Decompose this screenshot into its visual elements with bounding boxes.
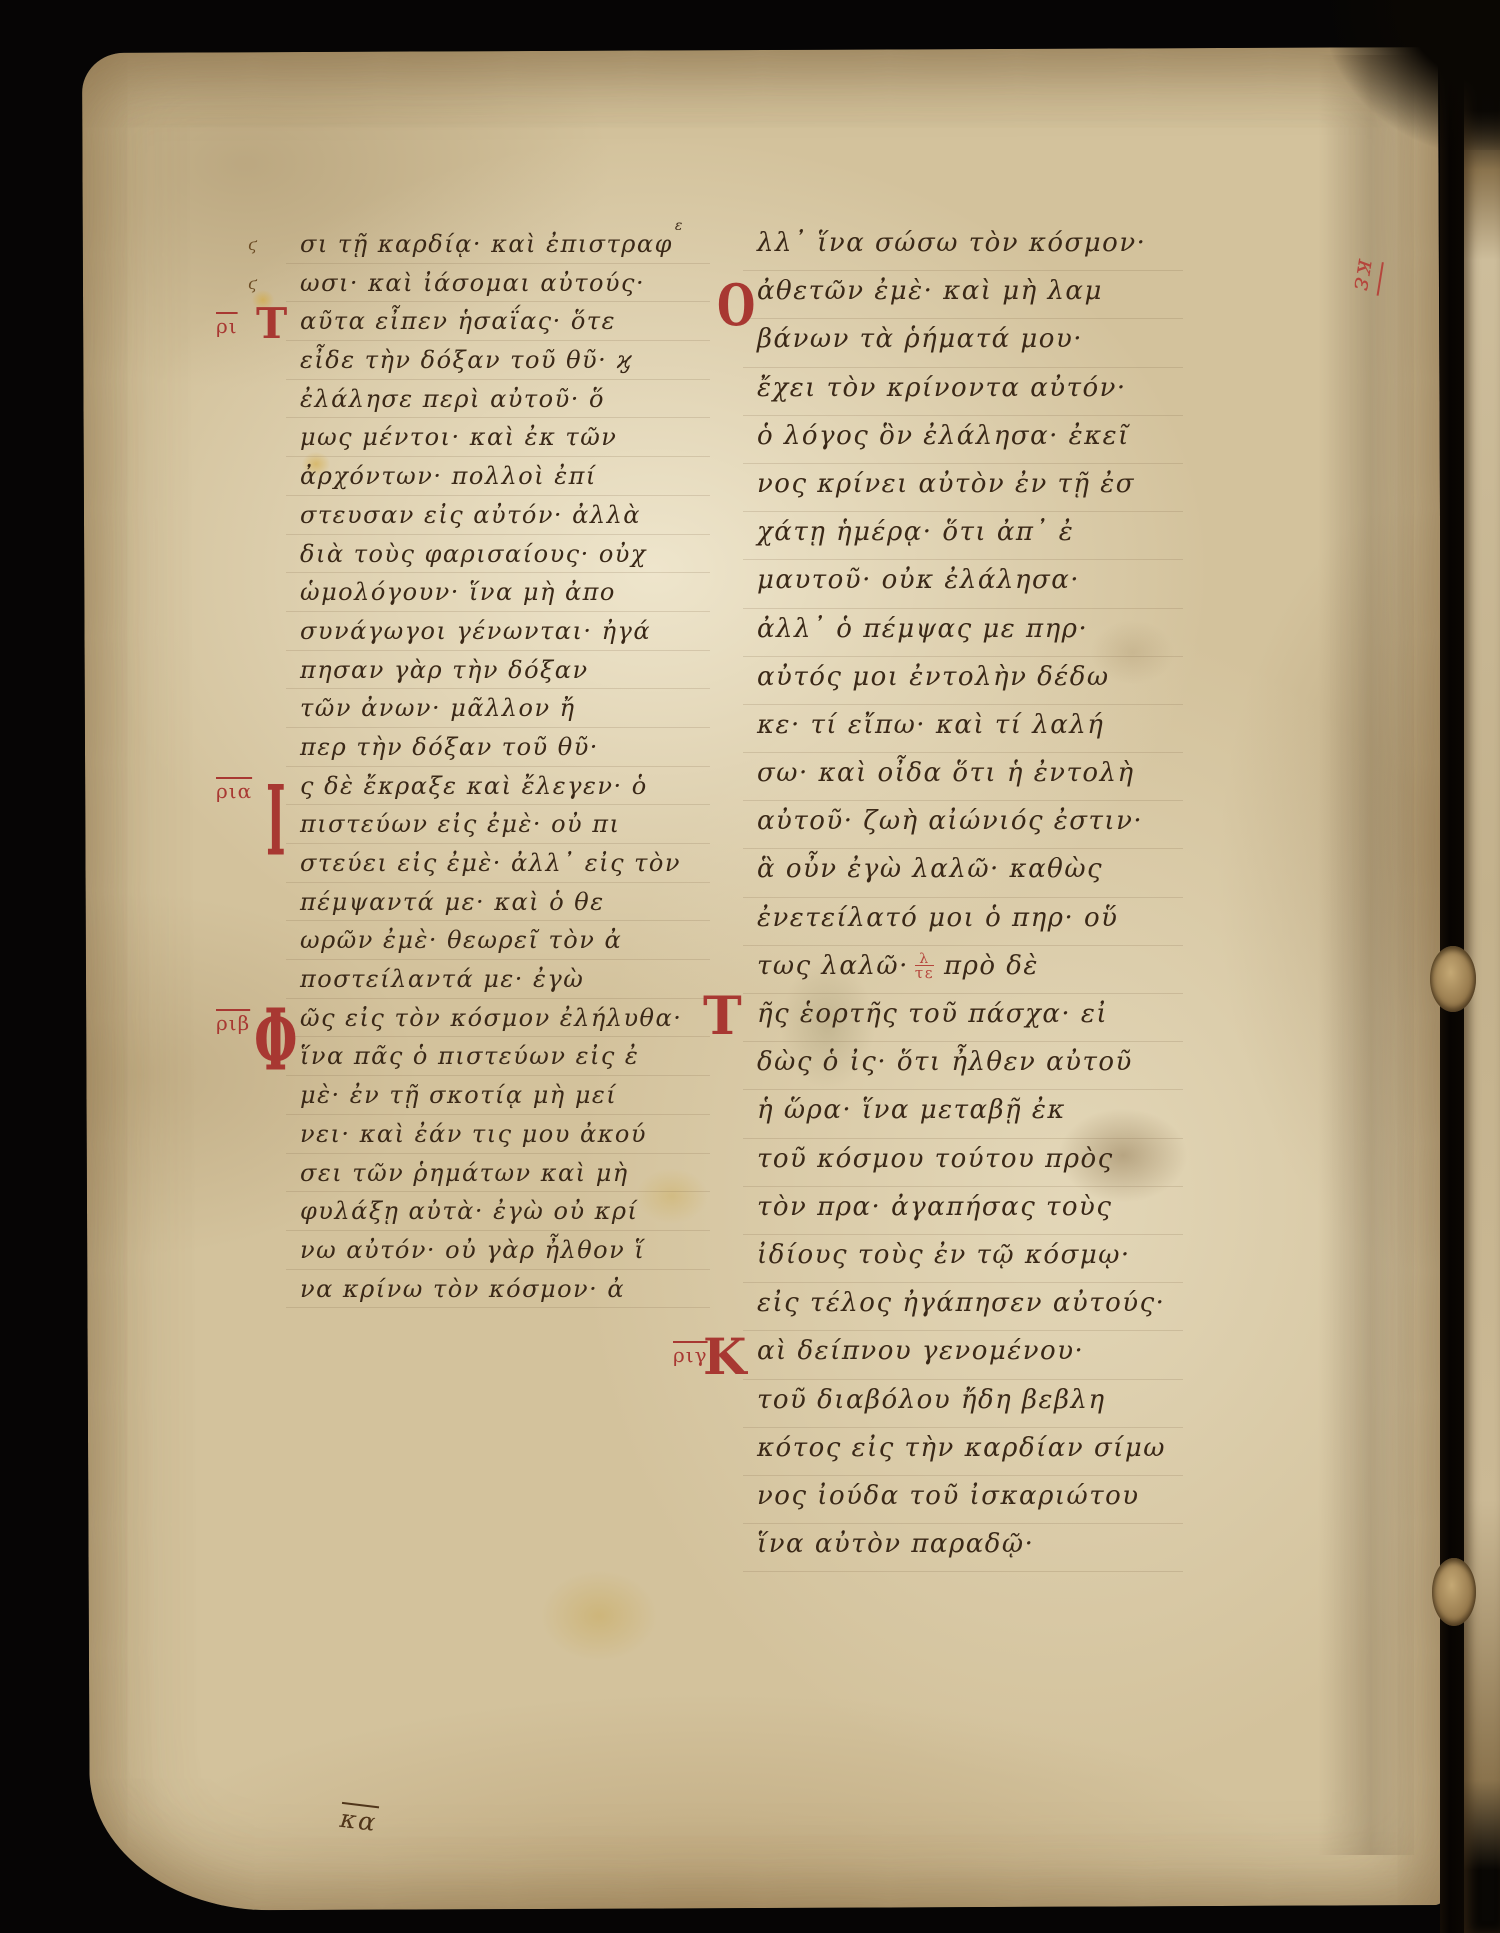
text-line: ἐλάλησε περὶ αὐτοῦ· ὅ bbox=[300, 385, 680, 424]
line-text: συνάγωγοι γένωνται· ἠγά bbox=[300, 617, 651, 645]
line-text: τοῦ κόσμου τούτου πρὸς bbox=[757, 1144, 1114, 1174]
text-line: ριβΦῶς εἰς τὸν κόσμον ἐλήλυθα· bbox=[300, 1004, 680, 1043]
line-text: ἀρχόντων· πολλοὶ ἐπί bbox=[300, 462, 597, 490]
quire-signature: κα bbox=[338, 1804, 379, 1837]
rubricated-initial: Τ bbox=[256, 303, 289, 345]
text-line: ριγΚαὶ δείπνου γενομένου· bbox=[757, 1336, 1153, 1384]
line-text: νει· καὶ ἐάν τις μου ἀκού bbox=[300, 1120, 647, 1148]
text-line: νω αὐτόν· οὐ γὰρ ἦλθον ἵ bbox=[300, 1236, 680, 1275]
line-text: πέμψαντά με· καὶ ὁ θε bbox=[300, 888, 605, 916]
text-line: εἶδε τὴν δόξαν τοῦ θῦ· ϗ bbox=[300, 346, 680, 385]
line-text: αὐτός μοι ἐντολὴν δέδω bbox=[757, 662, 1110, 692]
line-text: ἃ οὖν ἐγὼ λαλῶ· καθὼς bbox=[757, 854, 1103, 884]
line-text: ὡμολόγουν· ἵνα μὴ ἀπο bbox=[300, 578, 616, 606]
line-text: τῶν ἀνων· μᾶλλον ἤ bbox=[300, 694, 576, 722]
margin-sign: ϛ bbox=[248, 274, 258, 293]
line-text: ς δὲ ἔκραξε καὶ ἔλεγεν· ὁ bbox=[300, 772, 648, 800]
text-line: ὡμολόγουν· ἵνα μὴ ἀπο bbox=[300, 578, 680, 617]
text-line: ἃ οὖν ἐγὼ λαλῶ· καθὼς bbox=[757, 854, 1153, 902]
line-text: ἰδίους τοὺς ἐν τῷ κόσμῳ· bbox=[757, 1240, 1131, 1270]
line-text: ῶς εἰς τὸν κόσμον ἐλήλυθα· bbox=[300, 1004, 682, 1032]
text-line: ριΤαῦτα εἶπεν ἡσαΐας· ὅτε bbox=[300, 307, 680, 346]
text-line: χάτῃ ἡμέρᾳ· ὅτι ἀπ᾽ ἐ bbox=[757, 517, 1153, 565]
text-line: Τῆς ἑορτῆς τοῦ πάσχα· εἰ bbox=[757, 999, 1153, 1047]
text-line: αὐτός μοι ἐντολὴν δέδω bbox=[757, 662, 1153, 710]
line-text: περ τὴν δόξαν τοῦ θῦ· bbox=[300, 733, 599, 761]
text-line: ἀλλ᾽ ὁ πέμψας με πηρ· bbox=[757, 614, 1153, 662]
text-line: σω· καὶ οἶδα ὅτι ἡ ἐντολὴ bbox=[757, 758, 1153, 806]
text-line: ἵνα αὐτὸν παραδῷ· bbox=[757, 1529, 1153, 1577]
line-text: εἰς τέλος ἠγάπησεν αὐτούς· bbox=[757, 1288, 1165, 1318]
text-line: διὰ τοὺς φαρισαίους· οὐχ bbox=[300, 540, 680, 579]
line-text: διὰ τοὺς φαρισαίους· οὐχ bbox=[300, 540, 647, 568]
line-text: νω αὐτόν· οὐ γὰρ ἦλθον ἵ bbox=[300, 1236, 645, 1264]
line-text: αὐτοῦ· ζωὴ αἰώνιός ἐστιν· bbox=[757, 806, 1143, 836]
text-line: μως μέντοι· καὶ ἐκ τῶν bbox=[300, 423, 680, 462]
section-number: ριβ bbox=[216, 1011, 250, 1035]
line-text: ἀλλ᾽ ὁ πέμψας με πηρ· bbox=[757, 614, 1088, 644]
telos-lection-mark: λτε bbox=[915, 954, 934, 981]
manuscript-photo: ϛσι τῇ καρδίᾳ· καὶ ἐπιστραφεϛωσι· καὶ ἰά… bbox=[0, 0, 1500, 1933]
line-text: κε· τί εἴπω· καὶ τί λαλή bbox=[757, 710, 1104, 740]
text-line: πησαν γὰρ τὴν δόξαν bbox=[300, 656, 680, 695]
text-line: ωρῶν ἐμὲ· θεωρεῖ τὸν ἀ bbox=[300, 926, 680, 965]
text-line: τοῦ διαβόλου ἤδη βεβλη bbox=[757, 1385, 1153, 1433]
line-text: αῦτα εἶπεν ἡσαΐας· ὅτε bbox=[300, 307, 616, 335]
text-line: λλ᾽ ἵνα σώσω τὸν κόσμον· bbox=[757, 228, 1153, 276]
line-text: στεύει εἰς ἐμὲ· ἀλλ᾽ εἰς τὸν bbox=[300, 849, 681, 877]
text-line: στεύει εἰς ἐμὲ· ἀλλ᾽ εἰς τὸν bbox=[300, 849, 680, 888]
gutter-crease-shadow bbox=[1318, 55, 1414, 1855]
line-text: ἡ ὥρα· ἵνα μεταβῇ ἐκ bbox=[757, 1095, 1066, 1125]
text-line: τῶν ἀνων· μᾶλλον ἤ bbox=[300, 694, 680, 733]
line-text: λλ᾽ ἵνα σώσω τὸν κόσμον· bbox=[757, 228, 1146, 258]
line-text: ἐλάλησε περὶ αὐτοῦ· ὅ bbox=[300, 385, 605, 413]
text-line: ἵνα πᾶς ὁ πιστεύων εἰς ἐ bbox=[300, 1042, 680, 1081]
line-text: μαυτοῦ· οὐκ ἐλάλησα· bbox=[757, 565, 1080, 595]
text-line: ἔχει τὸν κρίνοντα αὐτόν· bbox=[757, 373, 1153, 421]
line-text: χάτῃ ἡμέρᾳ· ὅτι ἀπ᾽ ἐ bbox=[757, 517, 1074, 547]
section-number: ρια bbox=[216, 779, 252, 803]
line-text: ἵνα πᾶς ὁ πιστεύων εἰς ἐ bbox=[300, 1042, 639, 1070]
text-line: τὸν πρα· ἀγαπήσας τοὺς bbox=[757, 1192, 1153, 1240]
sewing-thread-knot bbox=[1430, 946, 1476, 1012]
top-right-corner-shadow bbox=[1330, 0, 1500, 150]
text-line: μαυτοῦ· οὐκ ἐλάλησα· bbox=[757, 565, 1153, 613]
text-line: νει· καὶ ἐάν τις μου ἀκού bbox=[300, 1120, 680, 1159]
line-text: ωσι· καὶ ἰάσομαι αὐτούς· bbox=[300, 269, 645, 297]
text-line: σει τῶν ῥημάτων καὶ μὴ bbox=[300, 1159, 680, 1198]
line-text: πησαν γὰρ τὴν δόξαν bbox=[300, 656, 589, 684]
section-number: ρι bbox=[216, 314, 238, 338]
line-text: βάνων τὰ ῥήματά μου· bbox=[757, 324, 1083, 354]
text-line: πιστεύων εἰς ἐμὲ· οὐ πι bbox=[300, 810, 680, 849]
text-line: ἐνετείλατό μοι ὁ πηρ· οὕ bbox=[757, 903, 1153, 951]
line-text: δὼς ὁ ἰς· ὅτι ἦλθεν αὐτοῦ bbox=[757, 1047, 1133, 1077]
text-line: δὼς ὁ ἰς· ὅτι ἦλθεν αὐτοῦ bbox=[757, 1047, 1153, 1095]
text-line: κε· τί εἴπω· καὶ τί λαλή bbox=[757, 710, 1153, 758]
line-text: μως μέντοι· καὶ ἐκ τῶν bbox=[300, 423, 617, 451]
line-text: ῆς ἑορτῆς τοῦ πάσχα· εἰ bbox=[757, 999, 1108, 1029]
line-text: τὸν πρα· ἀγαπήσας τοὺς bbox=[757, 1192, 1112, 1222]
text-line: συνάγωγοι γένωνται· ἠγά bbox=[300, 617, 680, 656]
text-line: αὐτοῦ· ζωὴ αἰώνιός ἐστιν· bbox=[757, 806, 1153, 854]
line-text: κότος εἰς τὴν καρδίαν σίμω bbox=[757, 1433, 1166, 1463]
telos-mark-bottom: τε bbox=[915, 965, 934, 980]
line-text: εἶδε τὴν δόξαν τοῦ θῦ· ϗ bbox=[300, 346, 633, 374]
text-column-left: ϛσι τῇ καρδίᾳ· καὶ ἐπιστραφεϛωσι· καὶ ἰά… bbox=[300, 230, 680, 1313]
line-text: να κρίνω τὸν κόσμον· ἀ bbox=[300, 1275, 625, 1303]
line-text: ωρῶν ἐμὲ· θεωρεῖ τὸν ἀ bbox=[300, 926, 622, 954]
line-text: ἀθετῶν ἐμὲ· καὶ μὴ λαμ bbox=[757, 276, 1103, 306]
text-line: μὲ· ἐν τῇ σκοτίᾳ μὴ μεί bbox=[300, 1081, 680, 1120]
line-text: τοῦ διαβόλου ἤδη βεβλη bbox=[757, 1385, 1106, 1415]
line-text: ἵνα αὐτὸν παραδῷ· bbox=[757, 1529, 1034, 1559]
text-line: περ τὴν δόξαν τοῦ θῦ· bbox=[300, 733, 680, 772]
text-line: ὁ λόγος ὃν ἐλάλησα· ἐκεῖ bbox=[757, 421, 1153, 469]
line-text: ὁ λόγος ὃν ἐλάλησα· ἐκεῖ bbox=[757, 421, 1130, 451]
text-line: ριαΙς δὲ ἔκραξε καὶ ἔλεγεν· ὁ bbox=[300, 772, 680, 811]
text-line: τως λαλῶ·λτεπρὸ δὲ bbox=[757, 951, 1153, 999]
margin-sign: ϛ bbox=[248, 235, 258, 254]
line-text: ἔχει τὸν κρίνοντα αὐτόν· bbox=[757, 373, 1127, 403]
line-text: σω· καὶ οἶδα ὅτι ἡ ἐντολὴ bbox=[757, 758, 1135, 788]
line-text: νος ἰούδα τοῦ ἰσκαριώτου bbox=[757, 1481, 1140, 1511]
text-column-right: λλ᾽ ἵνα σώσω τὸν κόσμον·Οἀθετῶν ἐμὲ· καὶ… bbox=[757, 228, 1153, 1577]
line-text: πρὸ δὲ bbox=[944, 951, 1039, 981]
text-line: στευσαν εἰς αὐτόν· ἀλλὰ bbox=[300, 501, 680, 540]
line-text: αὶ δείπνου γενομένου· bbox=[757, 1336, 1084, 1366]
line-text: μὲ· ἐν τῇ σκοτίᾳ μὴ μεί bbox=[300, 1081, 617, 1109]
rubricated-initial: Φ bbox=[254, 998, 299, 1083]
text-line: Οἀθετῶν ἐμὲ· καὶ μὴ λαμ bbox=[757, 276, 1153, 324]
text-line: να κρίνω τὸν κόσμον· ἀ bbox=[300, 1275, 680, 1314]
text-line: νος κρίνει αὐτὸν ἐν τῇ ἐσ bbox=[757, 469, 1153, 517]
line-text: τως λαλῶ· bbox=[757, 951, 909, 981]
text-line: ἰδίους τοὺς ἐν τῷ κόσμῳ· bbox=[757, 1240, 1153, 1288]
line-text: πιστεύων εἰς ἐμὲ· οὐ πι bbox=[300, 810, 620, 838]
supralinear-letter: ε bbox=[675, 218, 684, 234]
text-line: ποστείλαντά με· ἐγὼ bbox=[300, 965, 680, 1004]
rubricated-initial: Τ bbox=[703, 991, 743, 1043]
text-line: εἰς τέλος ἠγάπησεν αὐτούς· bbox=[757, 1288, 1153, 1336]
text-line: φυλάξῃ αὐτὰ· ἐγὼ οὐ κρί bbox=[300, 1197, 680, 1236]
stain bbox=[540, 1570, 658, 1662]
text-line: βάνων τὰ ῥήματά μου· bbox=[757, 324, 1153, 372]
rubricated-initial: Κ bbox=[703, 1332, 748, 1382]
line-text: ποστείλαντά με· ἐγὼ bbox=[300, 965, 584, 993]
text-line: πέμψαντά με· καὶ ὁ θε bbox=[300, 888, 680, 927]
text-line: ἀρχόντων· πολλοὶ ἐπί bbox=[300, 462, 680, 501]
line-text: ἐνετείλατό μοι ὁ πηρ· οὕ bbox=[757, 903, 1118, 933]
text-line: νος ἰούδα τοῦ ἰσκαριώτου bbox=[757, 1481, 1153, 1529]
line-text: στευσαν εἰς αὐτόν· ἀλλὰ bbox=[300, 501, 641, 529]
line-text: σι τῇ καρδίᾳ· καὶ ἐπιστραφ bbox=[300, 230, 673, 258]
text-line: ϛωσι· καὶ ἰάσομαι αὐτούς· bbox=[300, 269, 680, 308]
text-line: τοῦ κόσμου τούτου πρὸς bbox=[757, 1144, 1153, 1192]
sewing-thread-knot bbox=[1432, 1558, 1476, 1626]
line-text: σει τῶν ῥημάτων καὶ μὴ bbox=[300, 1159, 629, 1187]
vertical-red-margin-mark: κε bbox=[1348, 258, 1382, 296]
text-line: κότος εἰς τὴν καρδίαν σίμω bbox=[757, 1433, 1153, 1481]
line-text: νος κρίνει αὐτὸν ἐν τῇ ἐσ bbox=[757, 469, 1135, 499]
rubricated-initial: Ι bbox=[266, 774, 287, 871]
rubricated-initial: Ο bbox=[717, 278, 757, 335]
text-line: ϛσι τῇ καρδίᾳ· καὶ ἐπιστραφε bbox=[300, 230, 680, 269]
text-line: ἡ ὥρα· ἵνα μεταβῇ ἐκ bbox=[757, 1095, 1153, 1143]
line-text: φυλάξῃ αὐτὰ· ἐγὼ οὐ κρί bbox=[300, 1197, 638, 1225]
